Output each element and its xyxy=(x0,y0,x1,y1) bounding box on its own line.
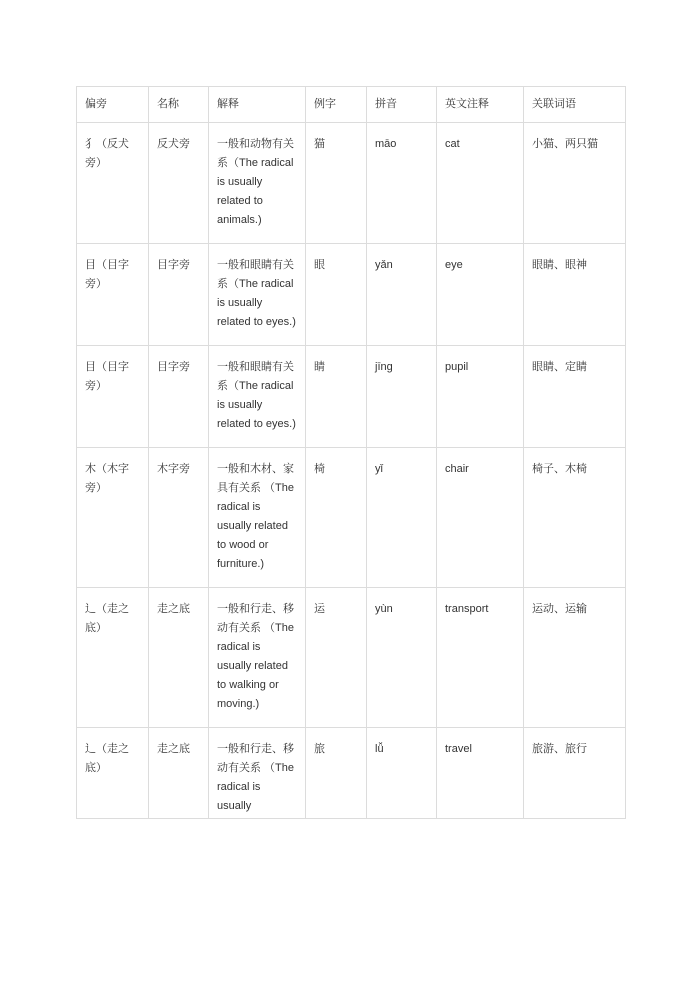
header-cell-radical: 偏旁 xyxy=(77,87,149,123)
cell-example: 旅 xyxy=(306,728,367,819)
table-header-row: 偏旁 名称 解释 例字 拼音 英文注释 关联词语 xyxy=(77,87,626,123)
cell-explanation: 一般和行走、移动有关系 （The radical is usually xyxy=(209,728,306,819)
cell-explanation: 一般和眼睛有关系（The radical is usually related … xyxy=(209,346,306,448)
header-cell-pinyin: 拼音 xyxy=(367,87,437,123)
header-cell-related: 关联词语 xyxy=(524,87,626,123)
cell-pinyin: lǚ xyxy=(367,728,437,819)
cell-name: 目字旁 xyxy=(149,244,209,346)
cell-explanation: 一般和动物有关系（The radical is usually related … xyxy=(209,123,306,244)
cell-example: 睛 xyxy=(306,346,367,448)
cell-related: 眼睛、定睛 xyxy=(524,346,626,448)
cell-english: cat xyxy=(437,123,524,244)
cell-name: 走之底 xyxy=(149,728,209,819)
cell-related: 运动、运输 xyxy=(524,588,626,728)
cell-related: 小猫、两只猫 xyxy=(524,123,626,244)
table-row: 目（目字旁） 目字旁 一般和眼睛有关系（The radical is usual… xyxy=(77,346,626,448)
cell-explanation: 一般和木材、家具有关系 （The radical is usually rela… xyxy=(209,448,306,588)
table-row: 辶（走之底） 走之底 一般和行走、移动有关系 （The radical is u… xyxy=(77,588,626,728)
table-row: 目（目字旁） 目字旁 一般和眼睛有关系（The radical is usual… xyxy=(77,244,626,346)
radicals-table: 偏旁 名称 解释 例字 拼音 英文注释 关联词语 犭（反犬旁） 反犬旁 一般和动… xyxy=(76,86,626,819)
cell-example: 运 xyxy=(306,588,367,728)
cell-english: pupil xyxy=(437,346,524,448)
cell-example: 椅 xyxy=(306,448,367,588)
cell-explanation: 一般和眼睛有关系（The radical is usually related … xyxy=(209,244,306,346)
cell-related: 旅游、旅行 xyxy=(524,728,626,819)
cell-radical: 辶（走之底） xyxy=(77,588,149,728)
header-cell-english: 英文注释 xyxy=(437,87,524,123)
cell-radical: 目（目字旁） xyxy=(77,346,149,448)
cell-name: 走之底 xyxy=(149,588,209,728)
cell-english: transport xyxy=(437,588,524,728)
document-page: 偏旁 名称 解释 例字 拼音 英文注释 关联词语 犭（反犬旁） 反犬旁 一般和动… xyxy=(0,0,700,990)
cell-radical: 辶（走之底） xyxy=(77,728,149,819)
cell-related: 眼睛、眼神 xyxy=(524,244,626,346)
header-cell-explanation: 解释 xyxy=(209,87,306,123)
cell-english: travel xyxy=(437,728,524,819)
table-row: 犭（反犬旁） 反犬旁 一般和动物有关系（The radical is usual… xyxy=(77,123,626,244)
cell-name: 木字旁 xyxy=(149,448,209,588)
cell-name: 反犬旁 xyxy=(149,123,209,244)
cell-english: eye xyxy=(437,244,524,346)
cell-example: 猫 xyxy=(306,123,367,244)
cell-radical: 犭（反犬旁） xyxy=(77,123,149,244)
header-cell-example: 例字 xyxy=(306,87,367,123)
cell-radical: 木（木字旁） xyxy=(77,448,149,588)
cell-pinyin: yǐ xyxy=(367,448,437,588)
cell-pinyin: jīng xyxy=(367,346,437,448)
cell-related: 椅子、木椅 xyxy=(524,448,626,588)
table-row-clipped-by-page-break: 辶（走之底） 走之底 一般和行走、移动有关系 （The radical is u… xyxy=(77,728,626,819)
cell-pinyin: yùn xyxy=(367,588,437,728)
table-row: 木（木字旁） 木字旁 一般和木材、家具有关系 （The radical is u… xyxy=(77,448,626,588)
cell-explanation: 一般和行走、移动有关系 （The radical is usually rela… xyxy=(209,588,306,728)
cell-english: chair xyxy=(437,448,524,588)
header-cell-name: 名称 xyxy=(149,87,209,123)
cell-name: 目字旁 xyxy=(149,346,209,448)
cell-radical: 目（目字旁） xyxy=(77,244,149,346)
cell-pinyin: yǎn xyxy=(367,244,437,346)
cell-example: 眼 xyxy=(306,244,367,346)
cell-pinyin: māo xyxy=(367,123,437,244)
